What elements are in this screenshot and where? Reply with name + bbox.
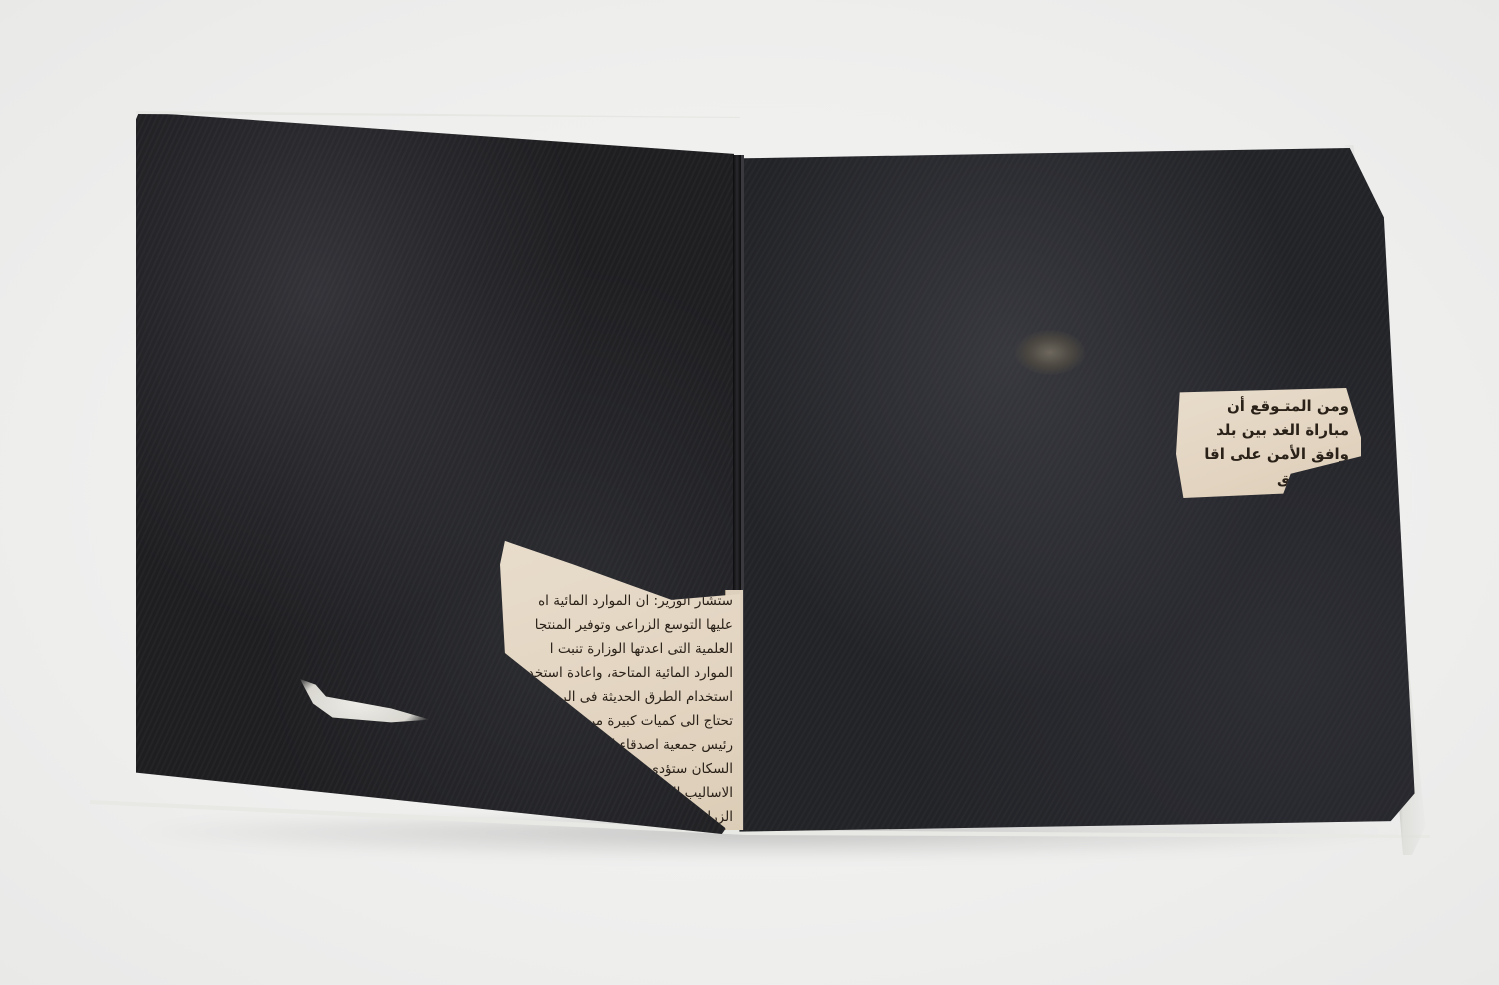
clipping-line: مباراة الغد بين بلد [1180, 418, 1349, 442]
clipping-line: وافق الأمن على اقا [1180, 442, 1349, 466]
right-page [736, 148, 1418, 842]
photo-scene: رئيس يو الكلمة التى القاها ستشار الوزير:… [0, 0, 1499, 985]
deckled-top-edge [136, 108, 740, 118]
worn-spot [1015, 330, 1085, 375]
clipping-line: عليها التوسع الزراعى وتوفير المنتجا [502, 613, 733, 637]
clipping-line: العلمية التى اعدتها الوزارة تنبت ا [502, 637, 733, 661]
clipping-line: ومن المتـوقع أن [1180, 394, 1349, 418]
